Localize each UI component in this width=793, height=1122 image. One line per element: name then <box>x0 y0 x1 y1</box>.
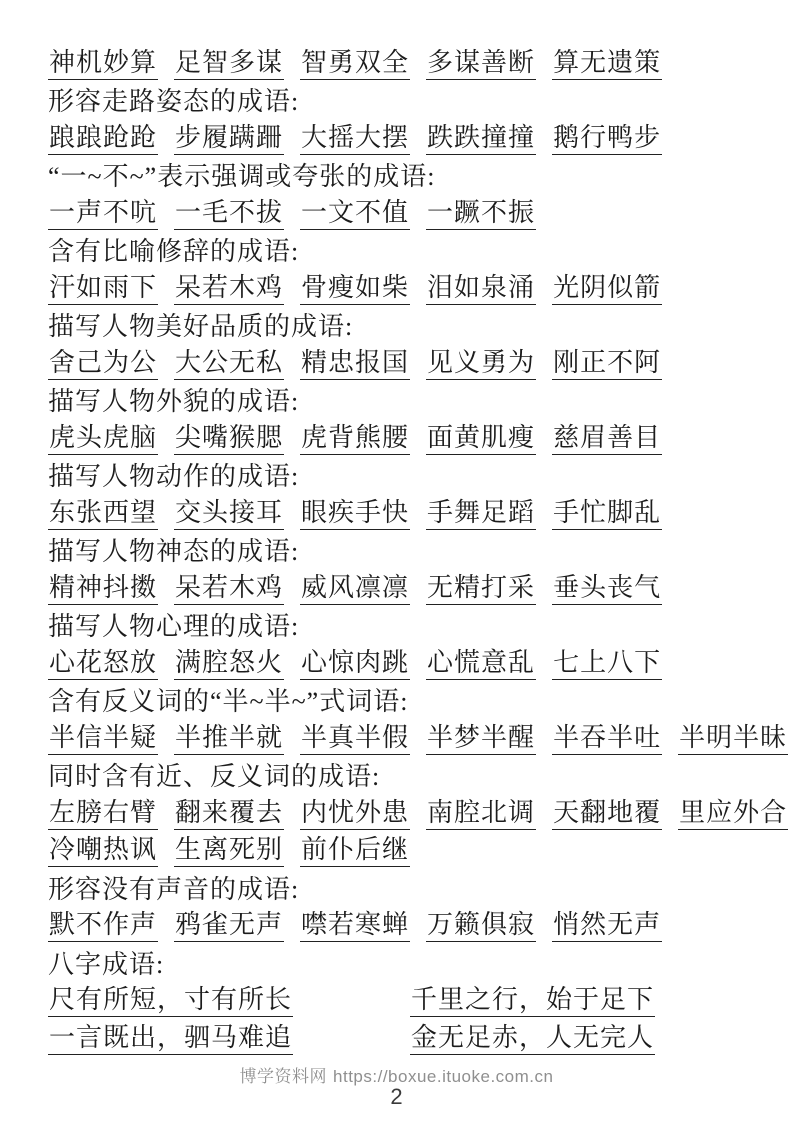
idiom: 悄然无声 <box>552 912 662 942</box>
section-heading-row: 描写人物心理的成语: <box>48 609 775 647</box>
section-heading: 含有反义词的“半~半~”式词语: <box>48 689 408 715</box>
idiom-row: 一声不吭一毛不拔一文不值一蹶不振 <box>48 196 775 234</box>
idiom: 无精打采 <box>426 575 536 605</box>
idiom-row: 心花怒放满腔怒火心惊肉跳心慌意乱七上八下 <box>48 646 775 684</box>
idiom-row: 汗如雨下呆若木鸡骨瘦如柴泪如泉涌光阴似箭 <box>48 271 775 309</box>
idiom: 刚正不阿 <box>552 350 662 380</box>
idiom-row: 东张西望交头接耳眼疾手快手舞足蹈手忙脚乱 <box>48 496 775 534</box>
idiom: 一文不值 <box>300 200 410 230</box>
idiom: 算无遗策 <box>552 50 662 80</box>
idiom: 垂头丧气 <box>552 575 662 605</box>
idiom: 精神抖擞 <box>48 575 158 605</box>
idiom: 眼疾手快 <box>300 500 410 530</box>
section-heading-row: 描写人物神态的成语: <box>48 534 775 572</box>
idiom: 足智多谋 <box>174 50 284 80</box>
idiom: 大公无私 <box>174 350 284 380</box>
idiom-row: 精神抖擞呆若木鸡威风凛凛无精打采垂头丧气 <box>48 571 775 609</box>
idiom-row: 左膀右臂翻来覆去内忧外患南腔北调天翻地覆里应外合 <box>48 796 775 834</box>
idiom: 半吞半吐 <box>552 725 662 755</box>
idiom: 半真半假 <box>300 725 410 755</box>
idiom: 冷嘲热讽 <box>48 837 158 867</box>
idiom: 智勇双全 <box>300 50 410 80</box>
idiom: 心慌意乱 <box>426 650 536 680</box>
idiom: 泪如泉涌 <box>426 275 536 305</box>
idiom: 默不作声 <box>48 912 158 942</box>
idiom: 生离死别 <box>174 837 284 867</box>
idiom: 心花怒放 <box>48 650 158 680</box>
section-heading-row: 描写人物美好品质的成语: <box>48 309 775 347</box>
idiom: 精忠报国 <box>300 350 410 380</box>
idiom: 翻来覆去 <box>174 800 284 830</box>
idiom: 七上八下 <box>552 650 662 680</box>
idiom: 大摇大摆 <box>300 125 410 155</box>
idiom: 半梦半醒 <box>426 725 536 755</box>
section-heading: 描写人物神态的成语: <box>48 539 299 565</box>
section-heading: 同时含有近、反义词的成语: <box>48 764 380 790</box>
idiom: 内忧外患 <box>300 800 410 830</box>
idiom: 一声不吭 <box>48 200 158 230</box>
page-number: 2 <box>0 1084 793 1110</box>
section-heading: 描写人物心理的成语: <box>48 614 299 640</box>
idiom: 里应外合 <box>678 800 788 830</box>
idiom-row: 默不作声鸦雀无声噤若寒蝉万籁俱寂悄然无声 <box>48 909 775 947</box>
idiom: 千里之行，始于足下 <box>410 987 655 1017</box>
idiom: 噤若寒蝉 <box>300 912 410 942</box>
idiom: 一毛不拔 <box>174 200 284 230</box>
idiom-row: 一言既出，驷马难追金无足赤，人无完人 <box>48 1021 775 1059</box>
document-body: 神机妙算足智多谋智勇双全多谋善断算无遗策形容走路姿态的成语:踉踉跄跄步履蹒跚大摇… <box>48 46 775 1059</box>
idiom: 一蹶不振 <box>426 200 536 230</box>
section-heading-row: 描写人物外貌的成语: <box>48 384 775 422</box>
idiom: 鹅行鸭步 <box>552 125 662 155</box>
idiom-row: 踉踉跄跄步履蹒跚大摇大摆跌跌撞撞鹅行鸭步 <box>48 121 775 159</box>
idiom: 呆若木鸡 <box>174 575 284 605</box>
idiom-row: 舍己为公大公无私精忠报国见义勇为刚正不阿 <box>48 346 775 384</box>
section-heading-row: 同时含有近、反义词的成语: <box>48 759 775 797</box>
idiom: 虎背熊腰 <box>300 425 410 455</box>
idiom-row: 尺有所短，寸有所长千里之行，始于足下 <box>48 984 775 1022</box>
section-heading-row: 八字成语: <box>48 946 775 984</box>
section-heading: 形容走路姿态的成语: <box>48 89 299 115</box>
section-heading-row: 描写人物动作的成语: <box>48 459 775 497</box>
idiom-row: 冷嘲热讽生离死别前仆后继 <box>48 834 775 872</box>
idiom: 威风凛凛 <box>300 575 410 605</box>
section-heading-row: 形容走路姿态的成语: <box>48 84 775 122</box>
idiom: 满腔怒火 <box>174 650 284 680</box>
section-heading: “一~不~”表示强调或夸张的成语: <box>48 164 435 190</box>
idiom: 手舞足蹈 <box>426 500 536 530</box>
section-heading: 描写人物动作的成语: <box>48 464 299 490</box>
idiom: 虎头虎脑 <box>48 425 158 455</box>
section-heading: 八字成语: <box>48 952 164 978</box>
idiom: 汗如雨下 <box>48 275 158 305</box>
idiom: 半明半昧 <box>678 725 788 755</box>
section-heading: 含有比喻修辞的成语: <box>48 239 299 265</box>
idiom: 鸦雀无声 <box>174 912 284 942</box>
idiom: 半推半就 <box>174 725 284 755</box>
idiom-row: 神机妙算足智多谋智勇双全多谋善断算无遗策 <box>48 46 775 84</box>
idiom: 万籁俱寂 <box>426 912 536 942</box>
idiom: 半信半疑 <box>48 725 158 755</box>
idiom-row: 半信半疑半推半就半真半假半梦半醒半吞半吐半明半昧 <box>48 721 775 759</box>
idiom: 一言既出，驷马难追 <box>48 1025 293 1055</box>
idiom-pair-left: 尺有所短，寸有所长 <box>48 987 410 1017</box>
idiom: 踉踉跄跄 <box>48 125 158 155</box>
idiom-pair-left: 一言既出，驷马难追 <box>48 1025 410 1055</box>
idiom: 手忙脚乱 <box>552 500 662 530</box>
idiom: 心惊肉跳 <box>300 650 410 680</box>
idiom: 金无足赤，人无完人 <box>410 1025 655 1055</box>
idiom: 跌跌撞撞 <box>426 125 536 155</box>
section-heading: 描写人物美好品质的成语: <box>48 314 353 340</box>
idiom: 见义勇为 <box>426 350 536 380</box>
section-heading: 描写人物外貌的成语: <box>48 389 299 415</box>
idiom: 慈眉善目 <box>552 425 662 455</box>
idiom: 尺有所短，寸有所长 <box>48 987 293 1017</box>
idiom: 神机妙算 <box>48 50 158 80</box>
idiom: 面黄肌瘦 <box>426 425 536 455</box>
section-heading: 形容没有声音的成语: <box>48 877 299 903</box>
section-heading-row: 形容没有声音的成语: <box>48 871 775 909</box>
idiom: 天翻地覆 <box>552 800 662 830</box>
section-heading-row: “一~不~”表示强调或夸张的成语: <box>48 159 775 197</box>
idiom: 光阴似箭 <box>552 275 662 305</box>
idiom: 东张西望 <box>48 500 158 530</box>
idiom: 左膀右臂 <box>48 800 158 830</box>
document-page: 神机妙算足智多谋智勇双全多谋善断算无遗策形容走路姿态的成语:踉踉跄跄步履蹒跚大摇… <box>0 0 793 1122</box>
idiom: 多谋善断 <box>426 50 536 80</box>
idiom: 交头接耳 <box>174 500 284 530</box>
section-heading-row: 含有反义词的“半~半~”式词语: <box>48 684 775 722</box>
idiom: 步履蹒跚 <box>174 125 284 155</box>
section-heading-row: 含有比喻修辞的成语: <box>48 234 775 272</box>
idiom: 呆若木鸡 <box>174 275 284 305</box>
idiom: 尖嘴猴腮 <box>174 425 284 455</box>
idiom-row: 虎头虎脑尖嘴猴腮虎背熊腰面黄肌瘦慈眉善目 <box>48 421 775 459</box>
idiom: 南腔北调 <box>426 800 536 830</box>
idiom: 前仆后继 <box>300 837 410 867</box>
idiom: 骨瘦如柴 <box>300 275 410 305</box>
idiom: 舍己为公 <box>48 350 158 380</box>
